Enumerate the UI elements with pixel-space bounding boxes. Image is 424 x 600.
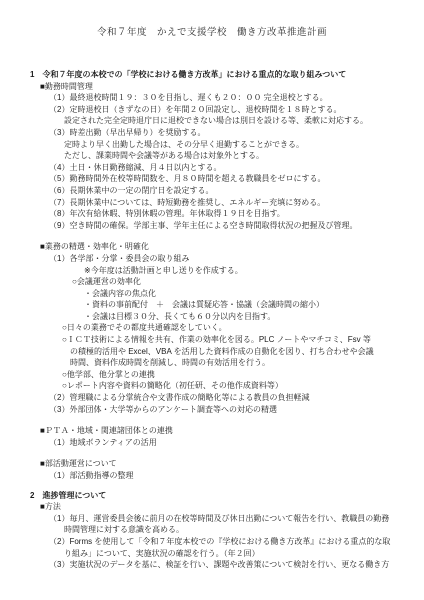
document-body: 1 令和７年度の本校での「学校における働き方改革」における重点的な取り組みついて…: [0, 69, 424, 571]
doc-line: ○ＩＣＴ技術による情報を共有、作業の効率化を図る。PLC ノートやマチコミ、Fs…: [0, 334, 424, 346]
doc-line: （2）定時退校日（きずなの日）を年間２０回設定し、退校時間を１８時とする。: [0, 104, 424, 116]
doc-line: 定時より早く出勤した場合は、その分早く退勤することができる。: [0, 139, 424, 151]
doc-line: （2）Forms を使用して「令和７年度本校での『学校における働き方改革』におけ…: [0, 536, 424, 548]
doc-line: （2）管理職による分掌統合や文書作成の簡略化等による教員の負担軽減: [0, 392, 424, 404]
doc-line: ただし、課業時間や会議等がある場合は対象外とする。: [0, 150, 424, 162]
doc-line: （1）各学部・分掌・委員会の取り組み: [0, 253, 424, 265]
doc-line: 時間管理に対する意識を高める。: [0, 524, 424, 536]
doc-line: ■方法: [0, 501, 424, 513]
doc-line: （4）土日・休日勤務縮減、月４日以内とする。: [0, 162, 424, 174]
doc-line: の積極的活用や Excel、VBA を活用した資料作成の自動化を図り、打ち合わせ…: [0, 346, 424, 358]
doc-line: ■業務の精選・効率化・明確化: [0, 241, 424, 253]
doc-line: （3）時差出勤（早出早帰り）を奨励する。: [0, 127, 424, 139]
doc-line: ・資料の事前配付 ＋ 会議は質疑応答・協議（会議時間の縮小）: [0, 299, 424, 311]
doc-line: （8）年次有給休暇、特別休暇の管理。年休取得１９日を目指す。: [0, 208, 424, 220]
document-title: 令和７年度 かえで支援学校 働き方改革推進計画: [0, 24, 424, 38]
doc-line: ○会議運営の効率化: [0, 276, 424, 288]
doc-line: （5）勤務時間外在校等時間数を、月８０時間を超える教職員をゼロにする。: [0, 173, 424, 185]
doc-line: （3）外部団体・大学等からのアンケート調査等への対応の精選: [0, 404, 424, 416]
doc-line: （1）部活動指導の整理: [0, 470, 424, 482]
doc-line: ■勤務時間管理: [0, 81, 424, 93]
doc-line: ○日々の業務でその都度共通確認をしていく。: [0, 322, 424, 334]
doc-line: ○レポート内容や資料の簡略化（初任研、その他作成資料等）: [0, 380, 424, 392]
doc-line: （6）長期休業中の一定の閉庁日を設定する。: [0, 185, 424, 197]
doc-line: ○他学部、他分掌との連携: [0, 369, 424, 381]
doc-line: ※今年度は活動計画と申し送りを作成する。: [0, 265, 424, 277]
doc-line: （3）実施状況のデータを基に、検証を行い、課題や改善策について検討を行い、更なる…: [0, 559, 424, 571]
doc-line: り組み」について、実施状況の確認を行う。（年２回）: [0, 548, 424, 560]
document-page: 令和７年度 かえで支援学校 働き方改革推進計画 1 令和７年度の本校での「学校に…: [0, 0, 424, 600]
doc-line: 設定された完全定時退庁日に退校できない場合は別日を設ける等、柔軟に対応する。: [0, 115, 424, 127]
doc-line: ■部活動運営について: [0, 458, 424, 470]
doc-line: 2 進捗管理について: [0, 490, 424, 502]
doc-line: （1）地域ボランティアの活用: [0, 437, 424, 449]
doc-line: 時間、資料作成時間を削減し、時間の有効活用を行う。: [0, 357, 424, 369]
doc-line: （1）最終退校時間１９：３０を目指し、遅くも２０：００ 完全退校とする。: [0, 92, 424, 104]
doc-line: ■ＰＴＡ・地域・関連諸団体との連携: [0, 425, 424, 437]
doc-line: （1）毎月、運営委員会後に前月の在校等時間及び休日出勤について報告を行い、教職員…: [0, 513, 424, 525]
doc-line: ・会議は目標３０分、長くても６０分以内を目指す。: [0, 311, 424, 323]
doc-line: 1 令和７年度の本校での「学校における働き方改革」における重点的な取り組みついて: [0, 69, 424, 81]
doc-line: ・会議内容の焦点化: [0, 288, 424, 300]
doc-line: （9）空き時間の確保。学部主事、学年主任による空き時間取得状況の把握及び管理。: [0, 220, 424, 232]
doc-line: （7）長期休業中については、時短勤務を推奨し、エネルギー充填に努める。: [0, 197, 424, 209]
